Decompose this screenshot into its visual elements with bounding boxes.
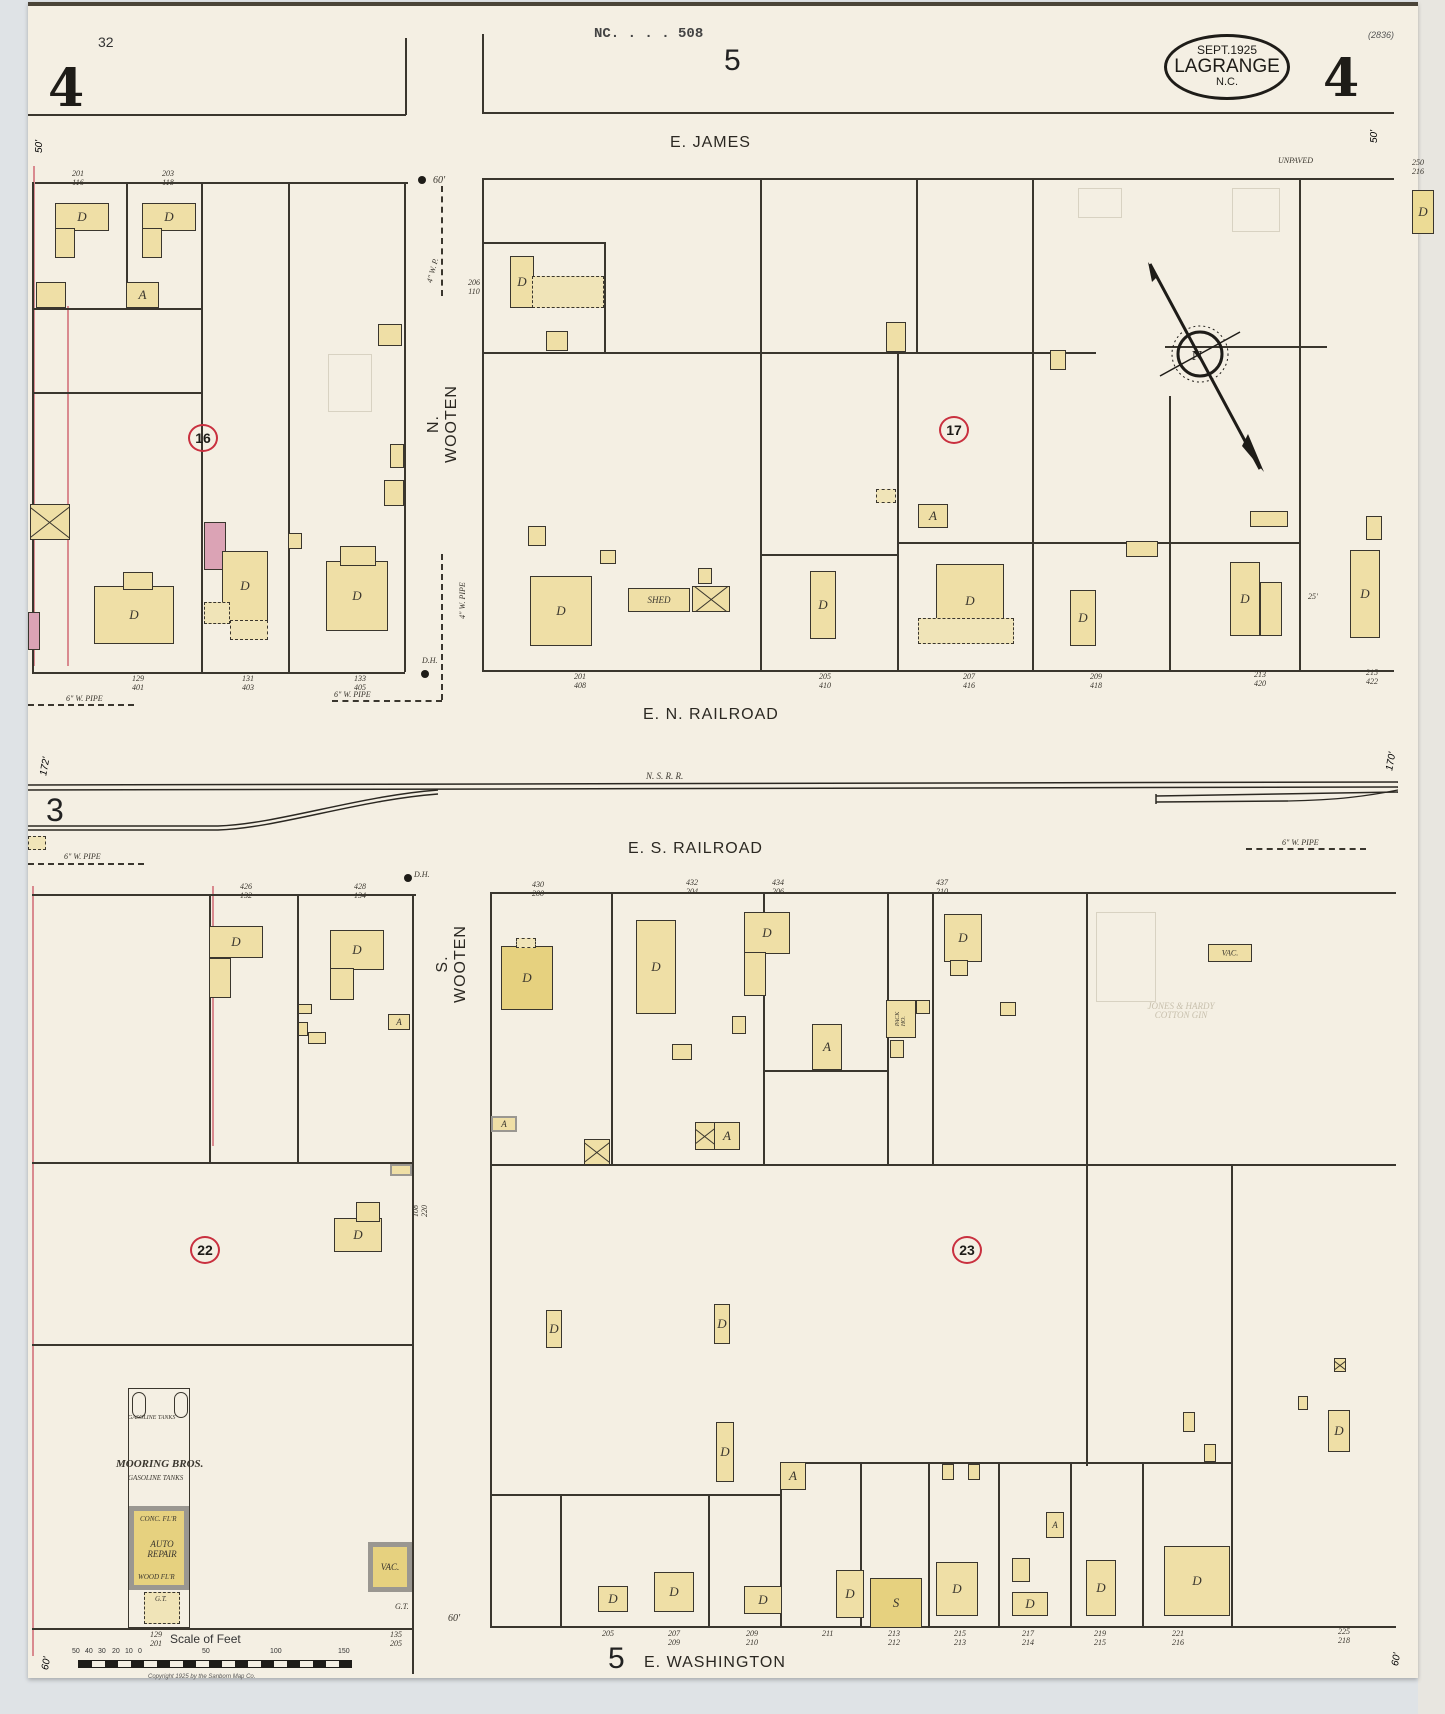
top-left-ref: 32 [98,34,114,50]
address-wash-135: 135205 [390,1630,402,1648]
street-e-washington: E. WASHINGTON [644,1654,786,1672]
pipe-label-s2: 6" W. PIPE [1282,838,1319,847]
map-sheet: 32 4 NC. . . . 508 5 SEPT.1925 LAGRANGE … [28,2,1418,1678]
fire-hydrant-icon [404,874,412,882]
address-james-250: 250216 [1412,158,1424,176]
adjoining-sheet-left: 3 [46,792,64,829]
address-wash-225: 225218 [1338,1627,1350,1645]
header-rule-right [482,112,1394,114]
dwelling: D [744,1586,782,1614]
street-n-wooten: N. WOOTEN [425,374,461,474]
address-wash-209: 209210 [746,1629,758,1647]
adjoining-sheet-top: 5 [724,44,741,78]
catalog-stamp: NC. . . . 508 [594,26,703,42]
width-rr-left: 172' [38,756,52,776]
cartouche-city: LAGRANGE [1167,57,1287,76]
auto-garage: A [918,504,948,528]
gap-25: 25' [1308,592,1318,601]
dwelling: D [501,946,553,1010]
address-wash-207: 207209 [668,1629,680,1647]
auto-garage: A [812,1024,842,1070]
dwelling: D [1164,1546,1230,1616]
address-wash-211: 211 [822,1629,833,1638]
address-nrr-131: 131403 [242,674,254,692]
address-nrr-201: 201408 [574,672,586,690]
pipe-label-s1: 6" W. PIPE [64,852,101,861]
svg-text:N: N [1192,349,1202,364]
street-e-james: E. JAMES [670,134,751,152]
dwelling: D [209,926,263,958]
sheet-number: 4 [1323,48,1359,109]
dwelling: D [636,920,676,1014]
address-wash-221: 221216 [1172,1629,1184,1647]
auto-garage: A [126,282,159,308]
address-srr-434: 434206 [772,878,784,896]
address-nrr-209: 209418 [1090,672,1102,690]
fire-hydrant-icon [418,176,426,184]
dwelling: D [530,576,592,646]
pipe-label-6wpipe: 6" W. PIPE [66,694,103,703]
address-wash-215: 215213 [954,1629,966,1647]
water-pipe-srr-right [1246,848,1366,850]
width-wash-right: 60' [1390,1652,1403,1667]
width-wooten-bottom: 60' [448,1614,460,1623]
dwelling: D [836,1570,864,1618]
gasoline-tank-icon [174,1392,188,1418]
vacant-building: VAC. [1208,944,1252,962]
hydrant-label: D.H. [422,656,438,665]
gt-label: G.T. [395,1602,409,1611]
shed-x [692,586,730,612]
dwelling: D [744,912,790,954]
vacant-building: VAC. [368,1542,412,1592]
scale-title: Scale of Feet [170,1632,241,1646]
width-wooten: 60' [433,176,445,185]
dwelling: D [55,203,109,231]
street-s-wooten: S. WOOTEN [434,914,470,1014]
north-arrow-compass-icon: N [1130,254,1280,484]
fire-hydrant-icon [421,670,429,678]
street-es-railroad: E. S. RAILROAD [628,840,763,858]
address-nrr-129: 129401 [132,674,144,692]
address-srr-428: 428134 [354,882,366,900]
dwelling: D [142,203,196,231]
railroad-tracks [28,776,1398,832]
unpaved-label: UNPAVED [1278,156,1313,165]
dwelling: D [1230,562,1260,636]
auto-garage: A [714,1122,740,1150]
dwelling: D [510,256,534,308]
title-cartouche: SEPT.1925 LAGRANGE N.C. [1164,34,1290,100]
railroad-name: N. S. R. R. [646,772,683,781]
address-wash-129: 129201 [150,1630,162,1648]
address-nrr-207: 207416 [963,672,975,690]
store: S [870,1578,922,1628]
auto-garage: A [388,1014,410,1030]
gasoline-tanks-label: GASOLINE TANKS [128,1474,183,1483]
address-srr-430: 430200 [532,880,544,898]
address-wash-213: 213212 [888,1629,900,1647]
address-srr-426: 426132 [240,882,252,900]
ref-code: (2836) [1368,30,1394,40]
dwelling: D [1328,1410,1350,1452]
address-wooten-s: 108220 [411,1205,429,1217]
address-wooten-n: 206110 [468,278,480,296]
cotton-gin-faded [1096,912,1156,1002]
scale-bar [78,1660,352,1668]
address-wash-219: 219215 [1094,1629,1106,1647]
cartouche-state: N.C. [1167,76,1287,88]
dwelling: D [944,914,982,962]
auto-garage: A [491,1116,517,1132]
dwelling-c: D [716,1422,734,1482]
auto-garage: A [1046,1512,1064,1538]
address-james-203: 203118 [162,169,174,187]
dwelling: D [326,561,388,631]
width-wash-left: 60' [40,1656,53,1671]
water-pipe-nrr-left [28,704,134,706]
address-wash-205: 205 [602,1629,614,1638]
cotton-gin-label: JONES & HARDY COTTON GIN [1136,1002,1226,1020]
water-pipe-nrr-mid [332,700,442,702]
dwelling: D [1412,190,1434,234]
address-james-201: 201116 [72,169,84,187]
block-number-23: 23 [952,1236,982,1264]
auto-repair-building: CONC. FL'R AUTO REPAIR WOOD FL'R [129,1506,189,1590]
mooring-bros-label: MOORING BROS. [116,1460,203,1469]
water-pipe-n-wooten [441,186,443,296]
scan-edge [1418,0,1445,1714]
water-pipe-n-wooten-lower [441,554,443,700]
gas-tanks-top-label: GASOLINE TANKS [128,1414,175,1423]
block-number-17: 17 [939,416,969,444]
pipe-label-4wpipe: 4" W. PIPE [458,582,467,619]
copyright: Copyright 1925 by the Sanborn Map Co. [148,1674,255,1680]
width-james-right: 50' [1369,130,1380,143]
dwelling: D [936,1562,978,1616]
pipe-label-4wp: 4" W. P. [425,257,440,284]
auto-garage: A [780,1462,806,1490]
dwelling: D [1350,550,1380,638]
hydrant-label-s: D.H. [414,870,430,879]
adjoining-sheet-bottom: 5 [608,1642,625,1676]
width-james-left: 50' [34,140,45,153]
dwelling: D [1086,1560,1116,1616]
pack-house: PACK HO. [886,1000,916,1038]
dwelling: D [1012,1592,1048,1616]
dwelling: D [654,1572,694,1612]
header-rule-left [28,114,406,116]
dwelling: D [1070,590,1096,646]
dwelling-a: D [546,1310,562,1348]
street-en-railroad: E. N. RAILROAD [643,706,779,724]
block-number-16: 16 [188,424,218,452]
address-srr-437: 437210 [936,878,948,896]
address-nrr-205: 205410 [819,672,831,690]
address-nrr-215: 215422 [1366,668,1378,686]
address-srr-432: 432204 [686,878,698,896]
water-pipe-srr-left [28,863,144,865]
dwelling: D [94,586,174,644]
shed: SHED [628,588,690,612]
block-number-22: 22 [190,1236,220,1264]
dwelling: D [334,1218,382,1252]
dwelling-b: D [714,1304,730,1344]
dwelling: D [330,930,384,970]
pipe-label-6wpipe-2: 6" W. PIPE [334,690,371,699]
address-nrr-213: 213420 [1254,670,1266,688]
scale-ticks: 50 40 30 20 10 0 50 100 150 [72,1648,392,1660]
sheet-number-left: 4 [48,58,84,119]
address-wash-217: 217214 [1022,1629,1034,1647]
width-rr-right: 170' [1384,751,1398,771]
dwelling: D [810,571,836,639]
dwelling: D [598,1586,628,1612]
cartouche-date: SEPT.1925 [1167,43,1287,57]
